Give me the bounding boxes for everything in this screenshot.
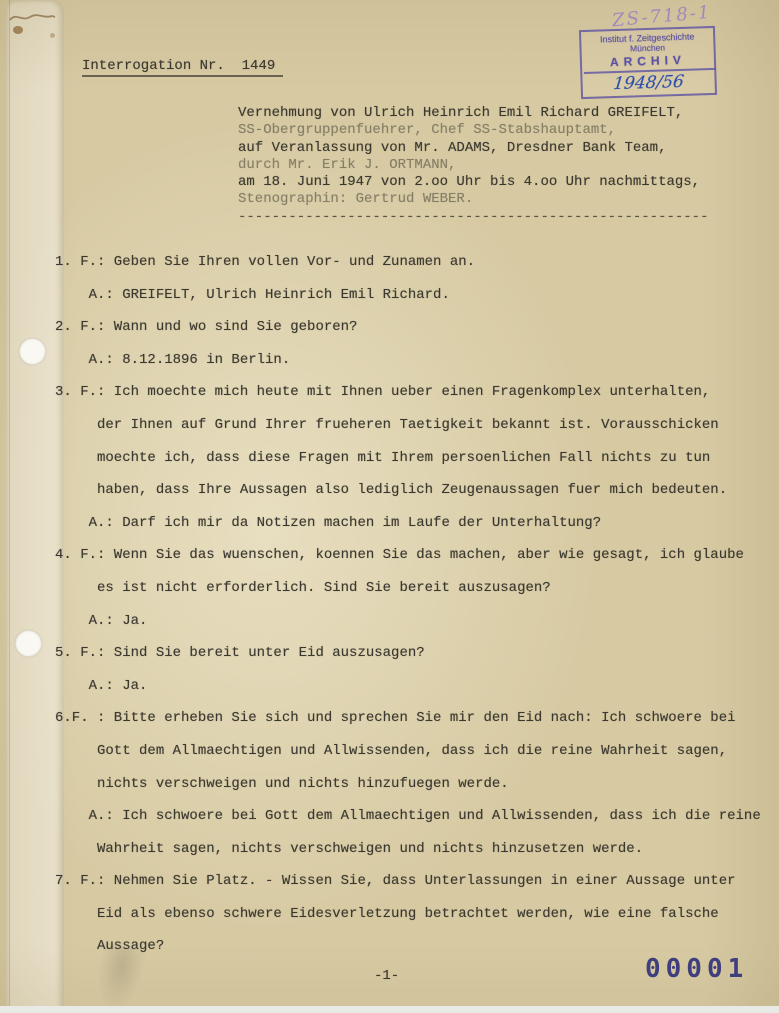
archive-stamp-number-handwriting: 1948/56 — [581, 68, 716, 97]
question-line: Eid als ebenso schwere Eidesverletzung b… — [55, 898, 761, 931]
paper-crease — [9, 0, 10, 1013]
interrogation-title-label: Interrogation Nr. — [82, 58, 225, 74]
answer-line: A.: Darf ich mir da Notizen machen im La… — [55, 507, 761, 540]
question-line: 2. F.: Wann und wo sind Sie geboren? — [55, 311, 761, 344]
qa-item-1: 1. F.: Geben Sie Ihren vollen Vor- und Z… — [55, 246, 761, 311]
pencil-mark — [8, 8, 58, 26]
serial-number-stamp: 00001 — [645, 954, 748, 984]
document-page: ZS-718-1 Institut f. Zeitgeschichte Münc… — [0, 0, 779, 1013]
answer-line: Wahrheit sagen, nichts verschweigen und … — [55, 833, 761, 866]
answer-line: A.: Ja. — [55, 605, 761, 638]
header-line: durch Mr. Erik J. ORTMANN, — [238, 157, 708, 174]
question-line: Gott dem Allmaechtigen und Allwissenden,… — [55, 735, 761, 768]
question-line: 1. F.: Geben Sie Ihren vollen Vor- und Z… — [55, 246, 761, 279]
answer-line: A.: GREIFELT, Ulrich Heinrich Emil Richa… — [55, 279, 761, 312]
header-line: Stenographin: Gertrud WEBER. — [238, 191, 708, 208]
qa-item-3: 3. F.: Ich moechte mich heute mit Ihnen … — [55, 376, 761, 539]
qa-item-4: 4. F.: Wenn Sie das wuenschen, koennen S… — [55, 539, 761, 637]
qa-item-6: 6.F. : Bitte erheben Sie sich und sprech… — [55, 702, 761, 865]
question-line: 3. F.: Ich moechte mich heute mit Ihnen … — [55, 376, 761, 409]
header-line: SS-Obergruppenfuehrer, Chef SS-Stabshaup… — [238, 122, 708, 139]
answer-line: A.: 8.12.1896 in Berlin. — [55, 344, 761, 377]
qa-item-5: 5. F.: Sind Sie bereit unter Eid auszusa… — [55, 637, 761, 702]
qa-item-2: 2. F.: Wann und wo sind Sie geboren? A.:… — [55, 311, 761, 376]
header-line: am 18. Juni 1947 von 2.oo Uhr bis 4.oo U… — [238, 174, 708, 191]
answer-line: A.: Ja. — [55, 670, 761, 703]
question-line: 6.F. : Bitte erheben Sie sich und sprech… — [55, 702, 761, 735]
answer-line: A.: Ich schwoere bei Gott dem Allmaechti… — [55, 800, 761, 833]
interrogation-number: 1449 — [242, 58, 276, 74]
qa-item-7: 7. F.: Nehmen Sie Platz. - Wissen Sie, d… — [55, 865, 761, 963]
hole-punch-bottom — [15, 630, 42, 657]
header-line: auf Veranlassung von Mr. ADAMS, Dresdner… — [238, 140, 708, 157]
question-line: der Ihnen auf Grund Ihrer frueheren Taet… — [55, 409, 761, 442]
hole-punch-top — [19, 338, 46, 365]
stain-spot-small — [50, 33, 55, 38]
interrogation-title-text: Interrogation Nr. 1449 — [82, 58, 283, 77]
scan-edge — [0, 1006, 779, 1013]
header-lines: Vernehmung von Ulrich Heinrich Emil Rich… — [238, 105, 708, 209]
archive-stamp: Institut f. Zeitgeschichte München ARCHI… — [579, 26, 717, 99]
page-number: -1- — [374, 968, 399, 984]
question-line: 7. F.: Nehmen Sie Platz. - Wissen Sie, d… — [55, 865, 761, 898]
question-line: 4. F.: Wenn Sie das wuenschen, koennen S… — [55, 539, 761, 572]
question-line: haben, dass Ihre Aussagen also lediglich… — [55, 474, 761, 507]
stain-spot — [13, 26, 23, 34]
interrogation-title: Interrogation Nr. 1449 — [82, 58, 283, 74]
question-line: 5. F.: Sind Sie bereit unter Eid auszusa… — [55, 637, 761, 670]
interrogation-qa: 1. F.: Geben Sie Ihren vollen Vor- und Z… — [55, 246, 761, 963]
session-header: Vernehmung von Ulrich Heinrich Emil Rich… — [238, 105, 708, 226]
question-line: nichts verschweigen und nichts hinzufueg… — [55, 768, 761, 801]
question-line: es ist nicht erforderlich. Sind Sie bere… — [55, 572, 761, 605]
question-line: moechte ich, dass diese Fragen mit Ihrem… — [55, 442, 761, 475]
header-line: Vernehmung von Ulrich Heinrich Emil Rich… — [238, 105, 708, 122]
header-separator: ----------------------------------------… — [238, 209, 708, 226]
